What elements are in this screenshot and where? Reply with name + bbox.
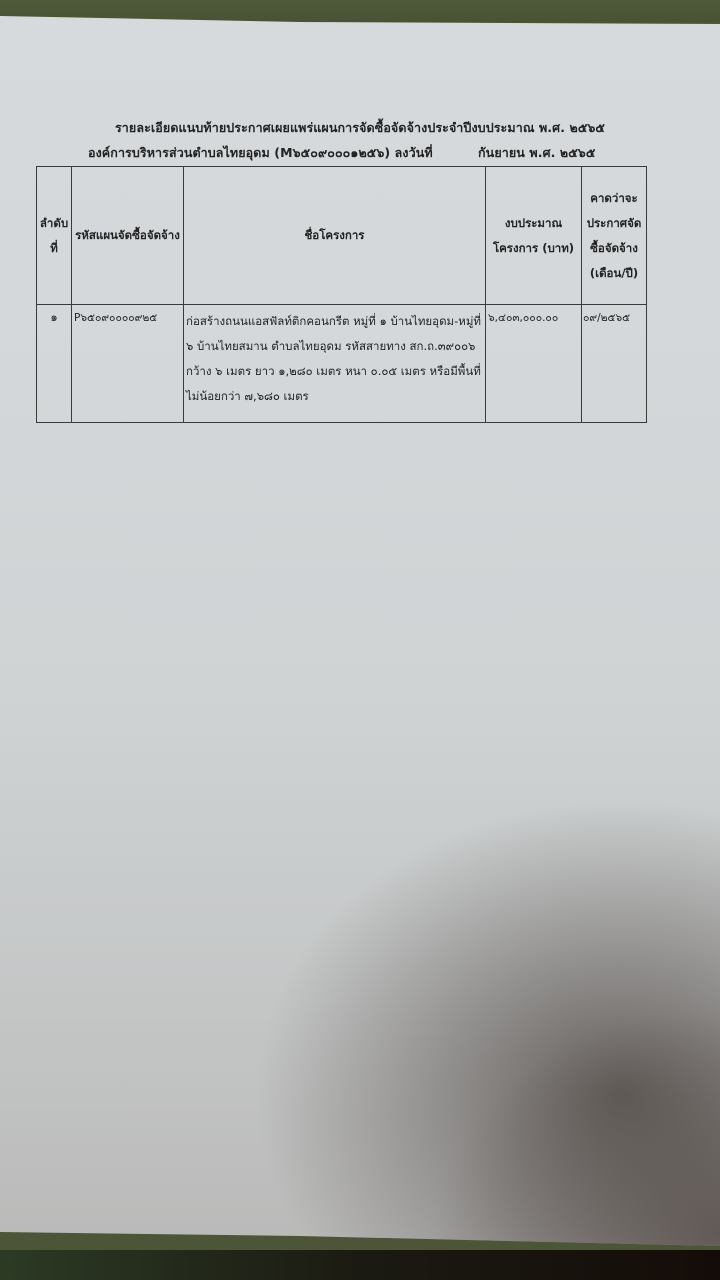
header-plan-code: รหัสแผนจัดซื้อจัดจ้าง xyxy=(72,167,184,305)
table-header-row: ลำดับที่ รหัสแผนจัดซื้อจัดจ้าง ชื่อโครงก… xyxy=(37,167,647,305)
row-no: ๑ xyxy=(37,305,72,423)
document-subtitle: องค์การบริหารส่วนตำบลไทยอุดม (M๖๕๐๙๐๐๐๑๒… xyxy=(88,143,648,163)
procurement-plan-table: ลำดับที่ รหัสแผนจัดซื้อจัดจ้าง ชื่อโครงก… xyxy=(36,166,647,423)
row-announce-month: ๐๙/๒๕๖๕ xyxy=(582,305,647,423)
header-announce-month: คาดว่าจะประกาศจัดซื้อจัดจ้าง (เดือน/ปี) xyxy=(582,167,647,305)
document-date: กันยายน พ.ศ. ๒๕๖๕ xyxy=(478,143,595,163)
table-row: ๑ P๖๕๐๙๐๐๐๐๙๒๕ ก่อสร้างถนนแอสฟัลท์ติกคอน… xyxy=(37,305,647,423)
row-budget: ๖,๔๐๓,๐๐๐.๐๐ xyxy=(486,305,582,423)
row-project-name: ก่อสร้างถนนแอสฟัลท์ติกคอนกรีต หมู่ที่ ๑ … xyxy=(184,305,486,423)
organization-label: องค์การบริหารส่วนตำบลไทยอุดม (M๖๕๐๙๐๐๐๑๒… xyxy=(88,145,433,160)
background-bottom-edge xyxy=(0,1250,720,1280)
header-project-name: ชื่อโครงการ xyxy=(184,167,486,305)
row-plan-code: P๖๕๐๙๐๐๐๐๙๒๕ xyxy=(72,305,184,423)
header-no: ลำดับที่ xyxy=(37,167,72,305)
document-title: รายละเอียดแนบท้ายประกาศเผยแพร่แผนการจัดซ… xyxy=(40,118,680,138)
header-budget: งบประมาณโครงการ (บาท) xyxy=(486,167,582,305)
